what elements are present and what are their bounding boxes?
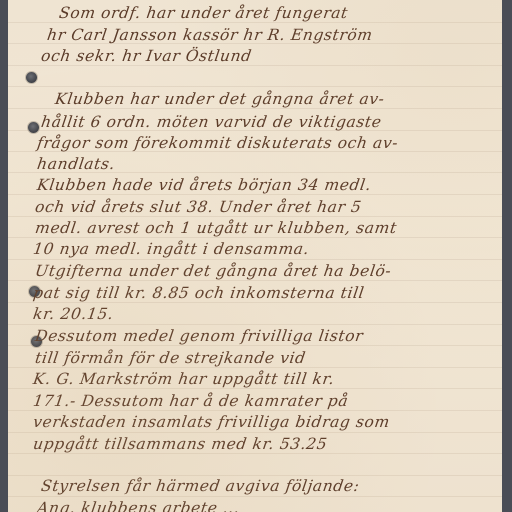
text-line: hr Carl Jansson kassör hr R. Engström bbox=[46, 26, 374, 44]
text-line: Ang. klubbens arbete ... bbox=[36, 499, 241, 512]
text-line: K. G. Markström har uppgått till kr. bbox=[32, 370, 336, 388]
text-line: uppgått tillsammans med kr. 53.25 bbox=[32, 435, 329, 453]
punch-hole bbox=[26, 72, 37, 83]
ruled-line bbox=[8, 432, 502, 433]
text-line: hållit 6 ordn. möten varvid de viktigast… bbox=[40, 113, 383, 131]
ruled-line bbox=[8, 194, 502, 195]
text-line: medl. avrest och 1 utgått ur klubben, sa… bbox=[34, 219, 398, 237]
text-line: och sekr. hr Ivar Östlund bbox=[40, 47, 253, 65]
text-line: Dessutom medel genom frivilliga listor bbox=[34, 327, 365, 345]
ruled-line bbox=[8, 65, 502, 66]
manuscript-page: Som ordf. har under året fungerat hr Car… bbox=[8, 0, 502, 512]
ruled-line bbox=[8, 22, 502, 23]
ruled-line bbox=[8, 302, 502, 303]
text-line: kr. 20.15. bbox=[32, 305, 115, 323]
ruled-line bbox=[8, 216, 502, 217]
text-line: handlats. bbox=[36, 155, 116, 173]
text-line: 10 nya medl. ingått i densamma. bbox=[32, 240, 311, 258]
ruled-line bbox=[8, 410, 502, 411]
ruled-line bbox=[8, 108, 502, 109]
text-line: Som ordf. har under året fungerat bbox=[58, 4, 349, 22]
ruled-line bbox=[8, 453, 502, 454]
ruled-line bbox=[8, 324, 502, 325]
ruled-line bbox=[8, 86, 502, 87]
punch-hole bbox=[28, 122, 39, 133]
text-line: till förmån för de strejkande vid bbox=[34, 349, 307, 367]
ruled-line bbox=[8, 237, 502, 238]
ruled-line bbox=[8, 475, 502, 476]
text-line: Klubben hade vid årets början 34 medl. bbox=[36, 176, 372, 194]
text-line: Styrelsen får härmed avgiva följande: bbox=[40, 477, 361, 495]
text-line: 171.- Dessutom har å de kamrater på bbox=[32, 392, 350, 410]
text-line: verkstaden insamlats frivilliga bidrag s… bbox=[32, 413, 391, 431]
ruled-line bbox=[8, 388, 502, 389]
ruled-line bbox=[8, 367, 502, 368]
text-line: pat sig till kr. 8.85 och inkomsterna ti… bbox=[32, 284, 366, 302]
text-line: och vid årets slut 38. Under året har 5 bbox=[34, 198, 363, 216]
ruled-line bbox=[8, 496, 502, 497]
text-line: Utgifterna under det gångna året ha belö… bbox=[34, 262, 393, 280]
ruled-line bbox=[8, 280, 502, 281]
ruled-line bbox=[8, 345, 502, 346]
text-line: frågor som förekommit diskuterats och av… bbox=[36, 134, 399, 152]
ruled-line bbox=[8, 259, 502, 260]
text-line: Klubben har under det gångna året av- bbox=[54, 90, 386, 108]
